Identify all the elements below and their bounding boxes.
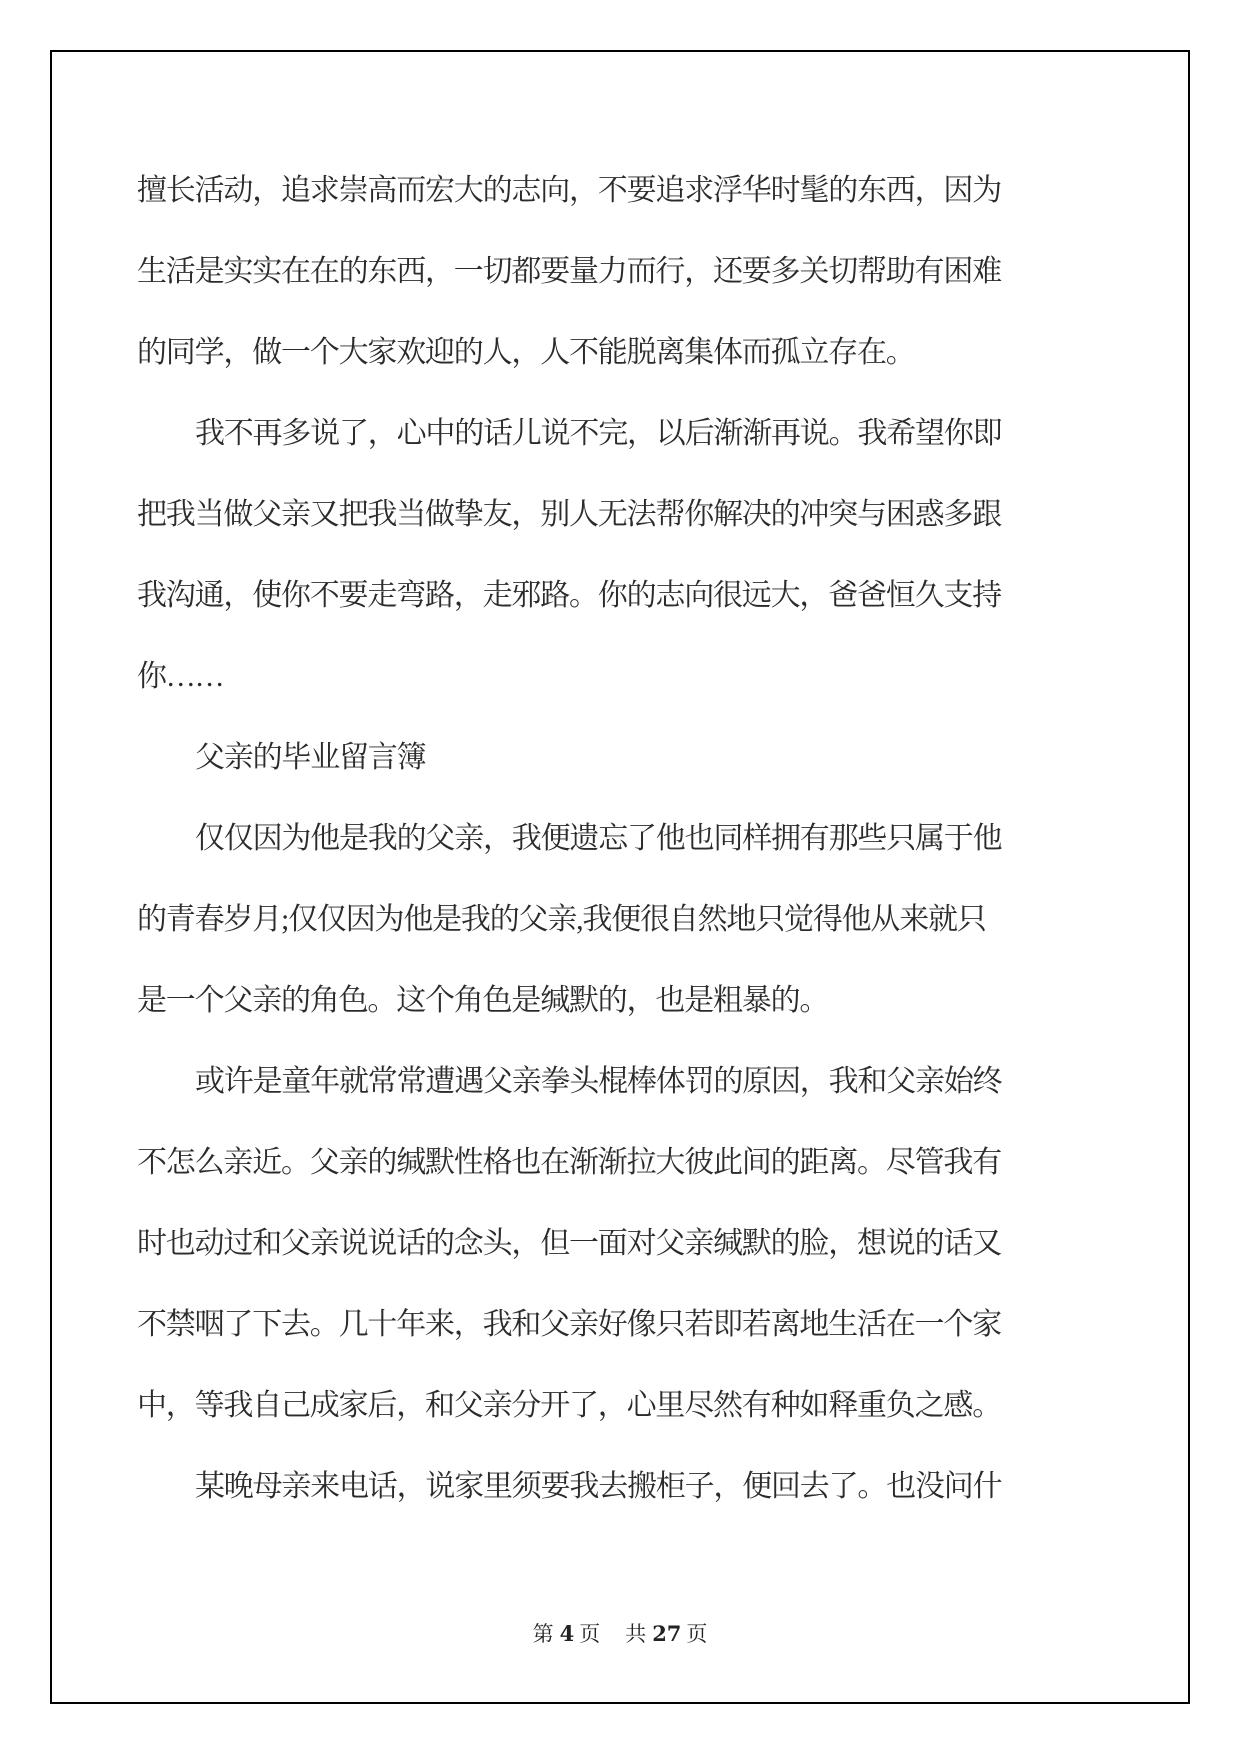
text-line: 生活是实实在在的东西，一切都要量力而行，还要多关切帮助有困难 [137, 231, 1057, 312]
text-line: 不禁咽了下去。几十年来，我和父亲好像只若即若离地生活在一个家 [137, 1284, 1057, 1365]
text-line: 时也动过和父亲说说话的念头，但一面对父亲缄默的脸，想说的话又 [137, 1203, 1057, 1284]
text-line: 我沟通，使你不要走弯路，走邪路。你的志向很远大，爸爸恒久支持 [137, 555, 1057, 636]
text-line: 是一个父亲的角色。这个角色是缄默的，也是粗暴的。 [137, 960, 1057, 1041]
body-text: 擅长活动，追求崇高而宏大的志向，不要追求浮华时髦的东西，因为生活是实实在在的东西… [137, 150, 1057, 1527]
text-line: 擅长活动，追求崇高而宏大的志向，不要追求浮华时髦的东西，因为 [137, 150, 1057, 231]
page-footer: 第4页共27页 [0, 1618, 1241, 1648]
text-line: 不怎么亲近。父亲的缄默性格也在渐渐拉大彼此间的距离。尽管我有 [137, 1122, 1057, 1203]
total-page-number: 27 [652, 1621, 681, 1646]
footer-page-label: 第 [533, 1622, 555, 1646]
text-line: 某晚母亲来电话，说家里须要我去搬柜子，便回去了。也没问什 [137, 1446, 1057, 1527]
text-line: 你…… [137, 636, 1057, 717]
text-line: 我不再多说了，心中的话儿说不完，以后渐渐再说。我希望你即 [137, 393, 1057, 474]
text-line: 的青春岁月;仅仅因为他是我的父亲,我便很自然地只觉得他从来就只 [137, 879, 1057, 960]
current-page-number: 4 [560, 1621, 575, 1646]
text-line: 的同学，做一个大家欢迎的人，人不能脱离集体而孤立存在。 [137, 312, 1057, 393]
text-line: 父亲的毕业留言簿 [137, 717, 1057, 798]
document-page: 擅长活动，追求崇高而宏大的志向，不要追求浮华时髦的东西，因为生活是实实在在的东西… [0, 0, 1241, 1754]
footer-total-label: 共 [625, 1622, 647, 1646]
footer-page-unit: 页 [579, 1622, 601, 1646]
text-line: 仅仅因为他是我的父亲，我便遗忘了他也同样拥有那些只属于他 [137, 798, 1057, 879]
footer-total-unit: 页 [686, 1622, 708, 1646]
text-line: 把我当做父亲又把我当做挚友，别人无法帮你解决的冲突与困惑多跟 [137, 474, 1057, 555]
text-line: 或许是童年就常常遭遇父亲拳头棍棒体罚的原因，我和父亲始终 [137, 1041, 1057, 1122]
text-line: 中，等我自己成家后，和父亲分开了，心里尽然有种如释重负之感。 [137, 1365, 1057, 1446]
